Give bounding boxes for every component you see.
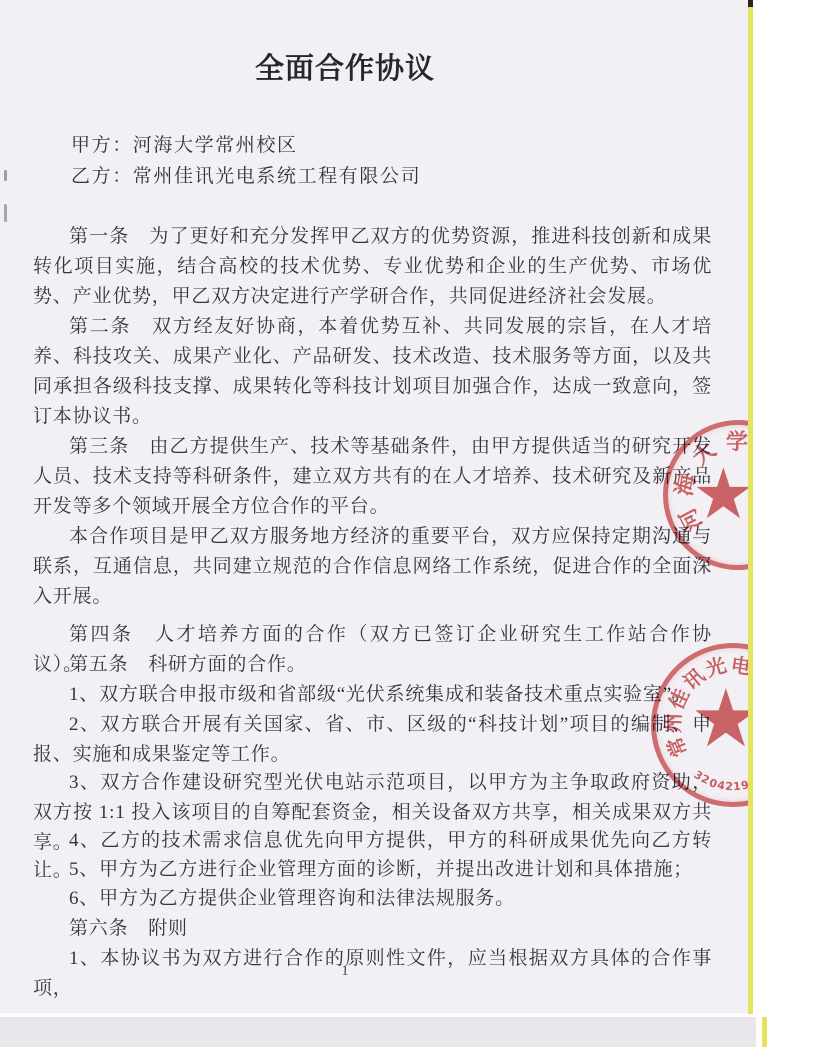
scanned-page: 全面合作协议 甲方：河海大学常州校区 乙方：常州佳讯光电系统工程有限公司 第一条…	[0, 0, 748, 1014]
clause-paragraph: 2、双方联合开展有关国家、省、市、区级的“科技计划”项目的编制、申报、实施和成果…	[33, 710, 712, 770]
seal-star-icon: ★	[692, 459, 748, 529]
seal-star-icon: ★	[690, 679, 748, 759]
page-number: 1	[0, 963, 690, 980]
clause-paragraph: 6、甲方为乙方提供企业管理咨询和法律法规服务。	[33, 884, 712, 914]
clause-paragraph: 5、甲方为乙方进行企业管理方面的诊断，并提出改进计划和具体措施；	[33, 855, 712, 885]
clause-paragraph: 本合作项目是甲乙双方服务地方经济的重要平台，双方应保持定期沟通与联系，互通信息，…	[33, 522, 712, 612]
party-b-line: 乙方：常州佳讯光电系统工程有限公司	[71, 161, 421, 188]
clause-paragraph: 第三条 由乙方提供生产、技术等基础条件，由甲方提供适当的研究开发人员、技术支持等…	[33, 432, 712, 522]
scan-edge-yellow-line	[762, 1017, 767, 1047]
party-a-line: 甲方：河海大学常州校区	[71, 130, 298, 157]
scan-edge-yellow-line	[748, 0, 753, 1014]
scan-left-mark	[4, 204, 7, 222]
clause-paragraph: 第二条 双方经友好协商，本着优势互补、共同发展的宗旨，在人才培养、科技攻关、成果…	[33, 312, 712, 432]
clause-paragraph: 第六条 附则	[33, 914, 712, 944]
seal-arc-char: 州	[661, 711, 686, 736]
clause-paragraph: 1、双方联合申报市级和省部级“光伏系统集成和装备技术重点实验室”。	[33, 680, 712, 710]
scan-left-mark	[4, 170, 7, 181]
scan-corner-tick	[748, 0, 753, 7]
clause-paragraph: 第一条 为了更好和充分发挥甲乙双方的优势资源，推进科技创新和成果转化项目实施，结…	[33, 222, 712, 312]
clause-paragraph: 第五条 科研方面的合作。	[33, 650, 712, 680]
page-title: 全面合作协议	[0, 46, 690, 87]
scan-bottom-strip	[0, 1017, 756, 1047]
